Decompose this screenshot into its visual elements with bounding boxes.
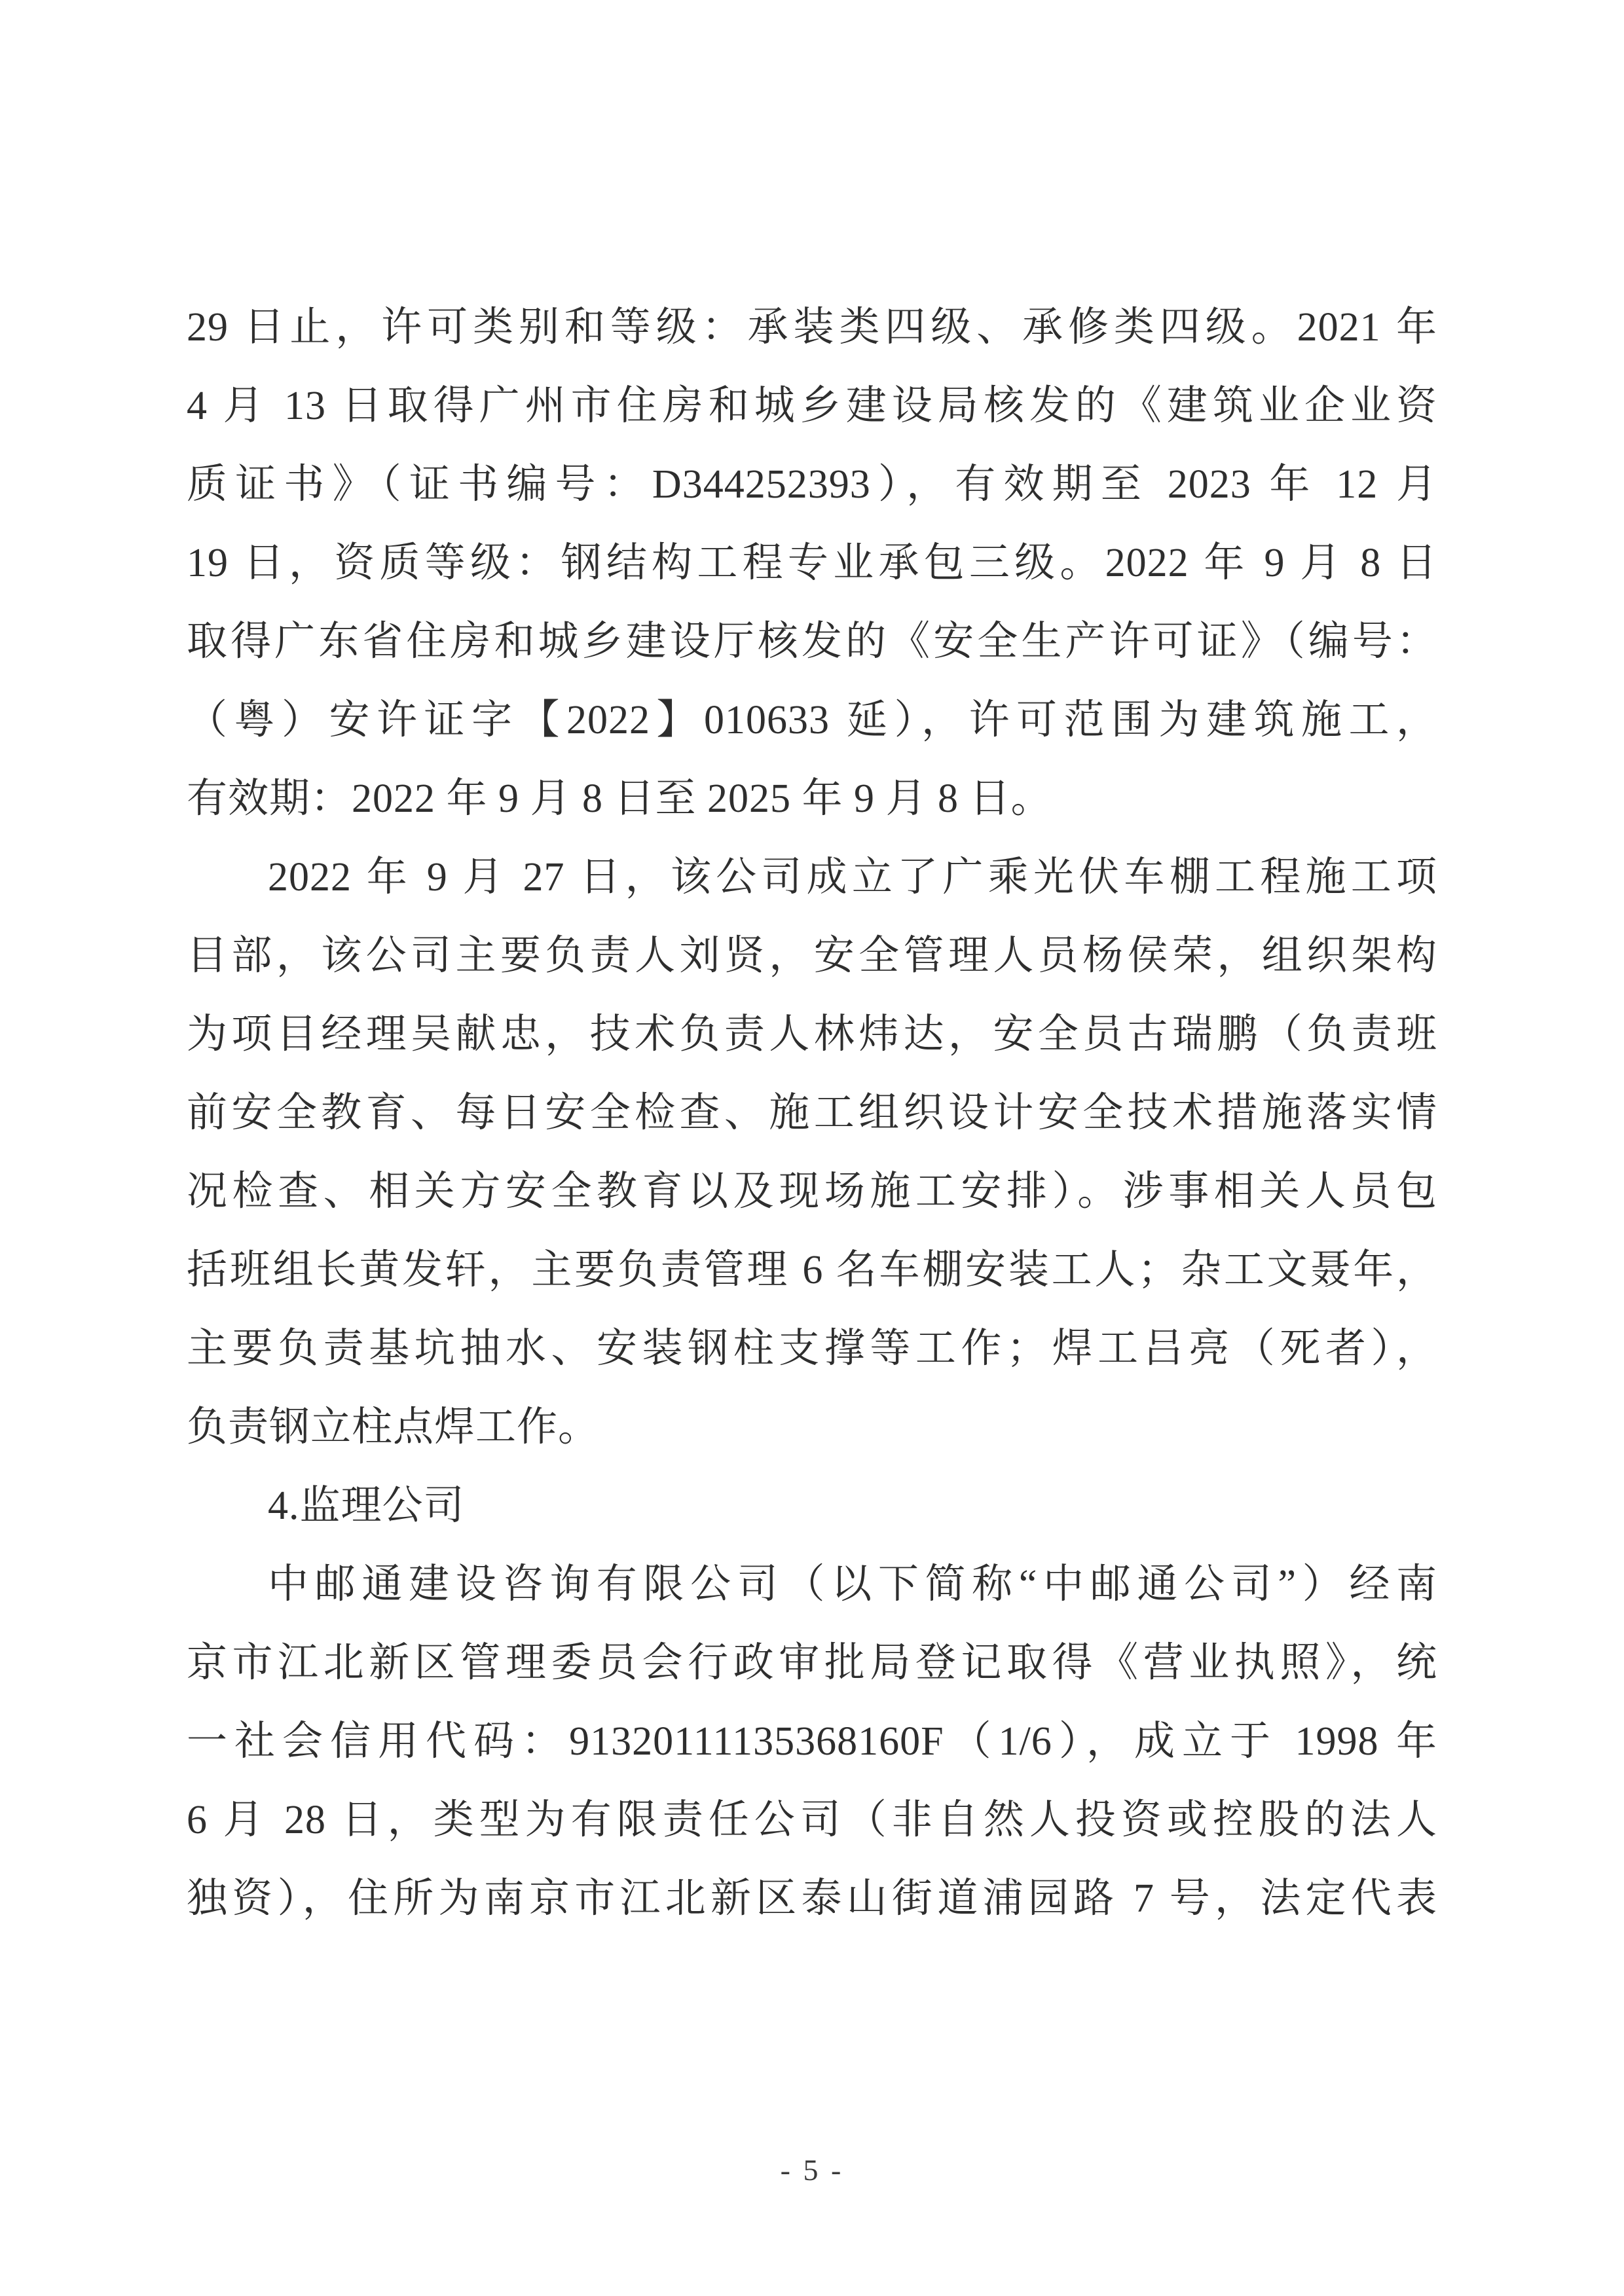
text-line: 2022 年 9 月 27 日，该公司成立了广乘光伏车棚工程施工项 [187, 838, 1437, 917]
text-line: 京市江北新区管理委员会行政审批局登记取得《营业执照》，统 [187, 1624, 1437, 1702]
text-line: 一社会信用代码：91320111135368160F（1/6），成立于 1998… [187, 1702, 1437, 1781]
text-line: 独资），住所为南京市江北新区泰山街道浦园路 7 号，法定代表 [187, 1859, 1437, 1938]
page-number: - 5 - [0, 2153, 1624, 2187]
text-line: 质证书》（证书编号：D344252393），有效期至 2023 年 12 月 [187, 445, 1437, 524]
text-line: 29 日止，许可类别和等级：承装类四级、承修类四级。2021 年 [187, 288, 1437, 367]
text-line: （粤）安许证字【2022】010633 延），许可范围为建筑施工， [187, 681, 1437, 759]
text-line: 括班组长黄发轩，主要负责管理 6 名车棚安装工人；杂工文聂年， [187, 1231, 1437, 1309]
text-line: 况检查、相关方安全教育以及现场施工安排）。涉事相关人员包 [187, 1152, 1437, 1231]
text-line: 主要负责基坑抽水、安装钢柱支撑等工作；焊工吕亮（死者）， [187, 1309, 1437, 1388]
text-line: 为项目经理吴献忠，技术负责人林炜达，安全员古瑞鹏（负责班 [187, 995, 1437, 1074]
text-line: 负责钢立柱点焊工作。 [187, 1388, 1437, 1467]
text-line: 前安全教育、每日安全检查、施工组织设计安全技术措施落实情 [187, 1074, 1437, 1152]
text-line: 6 月 28 日，类型为有限责任公司（非自然人投资或控股的法人 [187, 1781, 1437, 1859]
document-page: 29 日止，许可类别和等级：承装类四级、承修类四级。2021 年4 月 13 日… [0, 0, 1624, 2296]
text-line: 19 日，资质等级：钢结构工程专业承包三级。2022 年 9 月 8 日 [187, 524, 1437, 602]
text-line: 有效期：2022 年 9 月 8 日至 2025 年 9 月 8 日。 [187, 759, 1437, 838]
document-body: 29 日止，许可类别和等级：承装类四级、承修类四级。2021 年4 月 13 日… [187, 288, 1437, 1938]
text-line: 4 月 13 日取得广州市住房和城乡建设局核发的《建筑业企业资 [187, 367, 1437, 445]
text-line: 中邮通建设咨询有限公司（以下简称“中邮通公司”）经南 [187, 1545, 1437, 1624]
text-line: 取得广东省住房和城乡建设厅核发的《安全生产许可证》（编号： [187, 602, 1437, 681]
text-line: 目部，该公司主要负责人刘贤，安全管理人员杨侯荣，组织架构 [187, 917, 1437, 995]
text-line: 4.监理公司 [187, 1467, 1437, 1545]
